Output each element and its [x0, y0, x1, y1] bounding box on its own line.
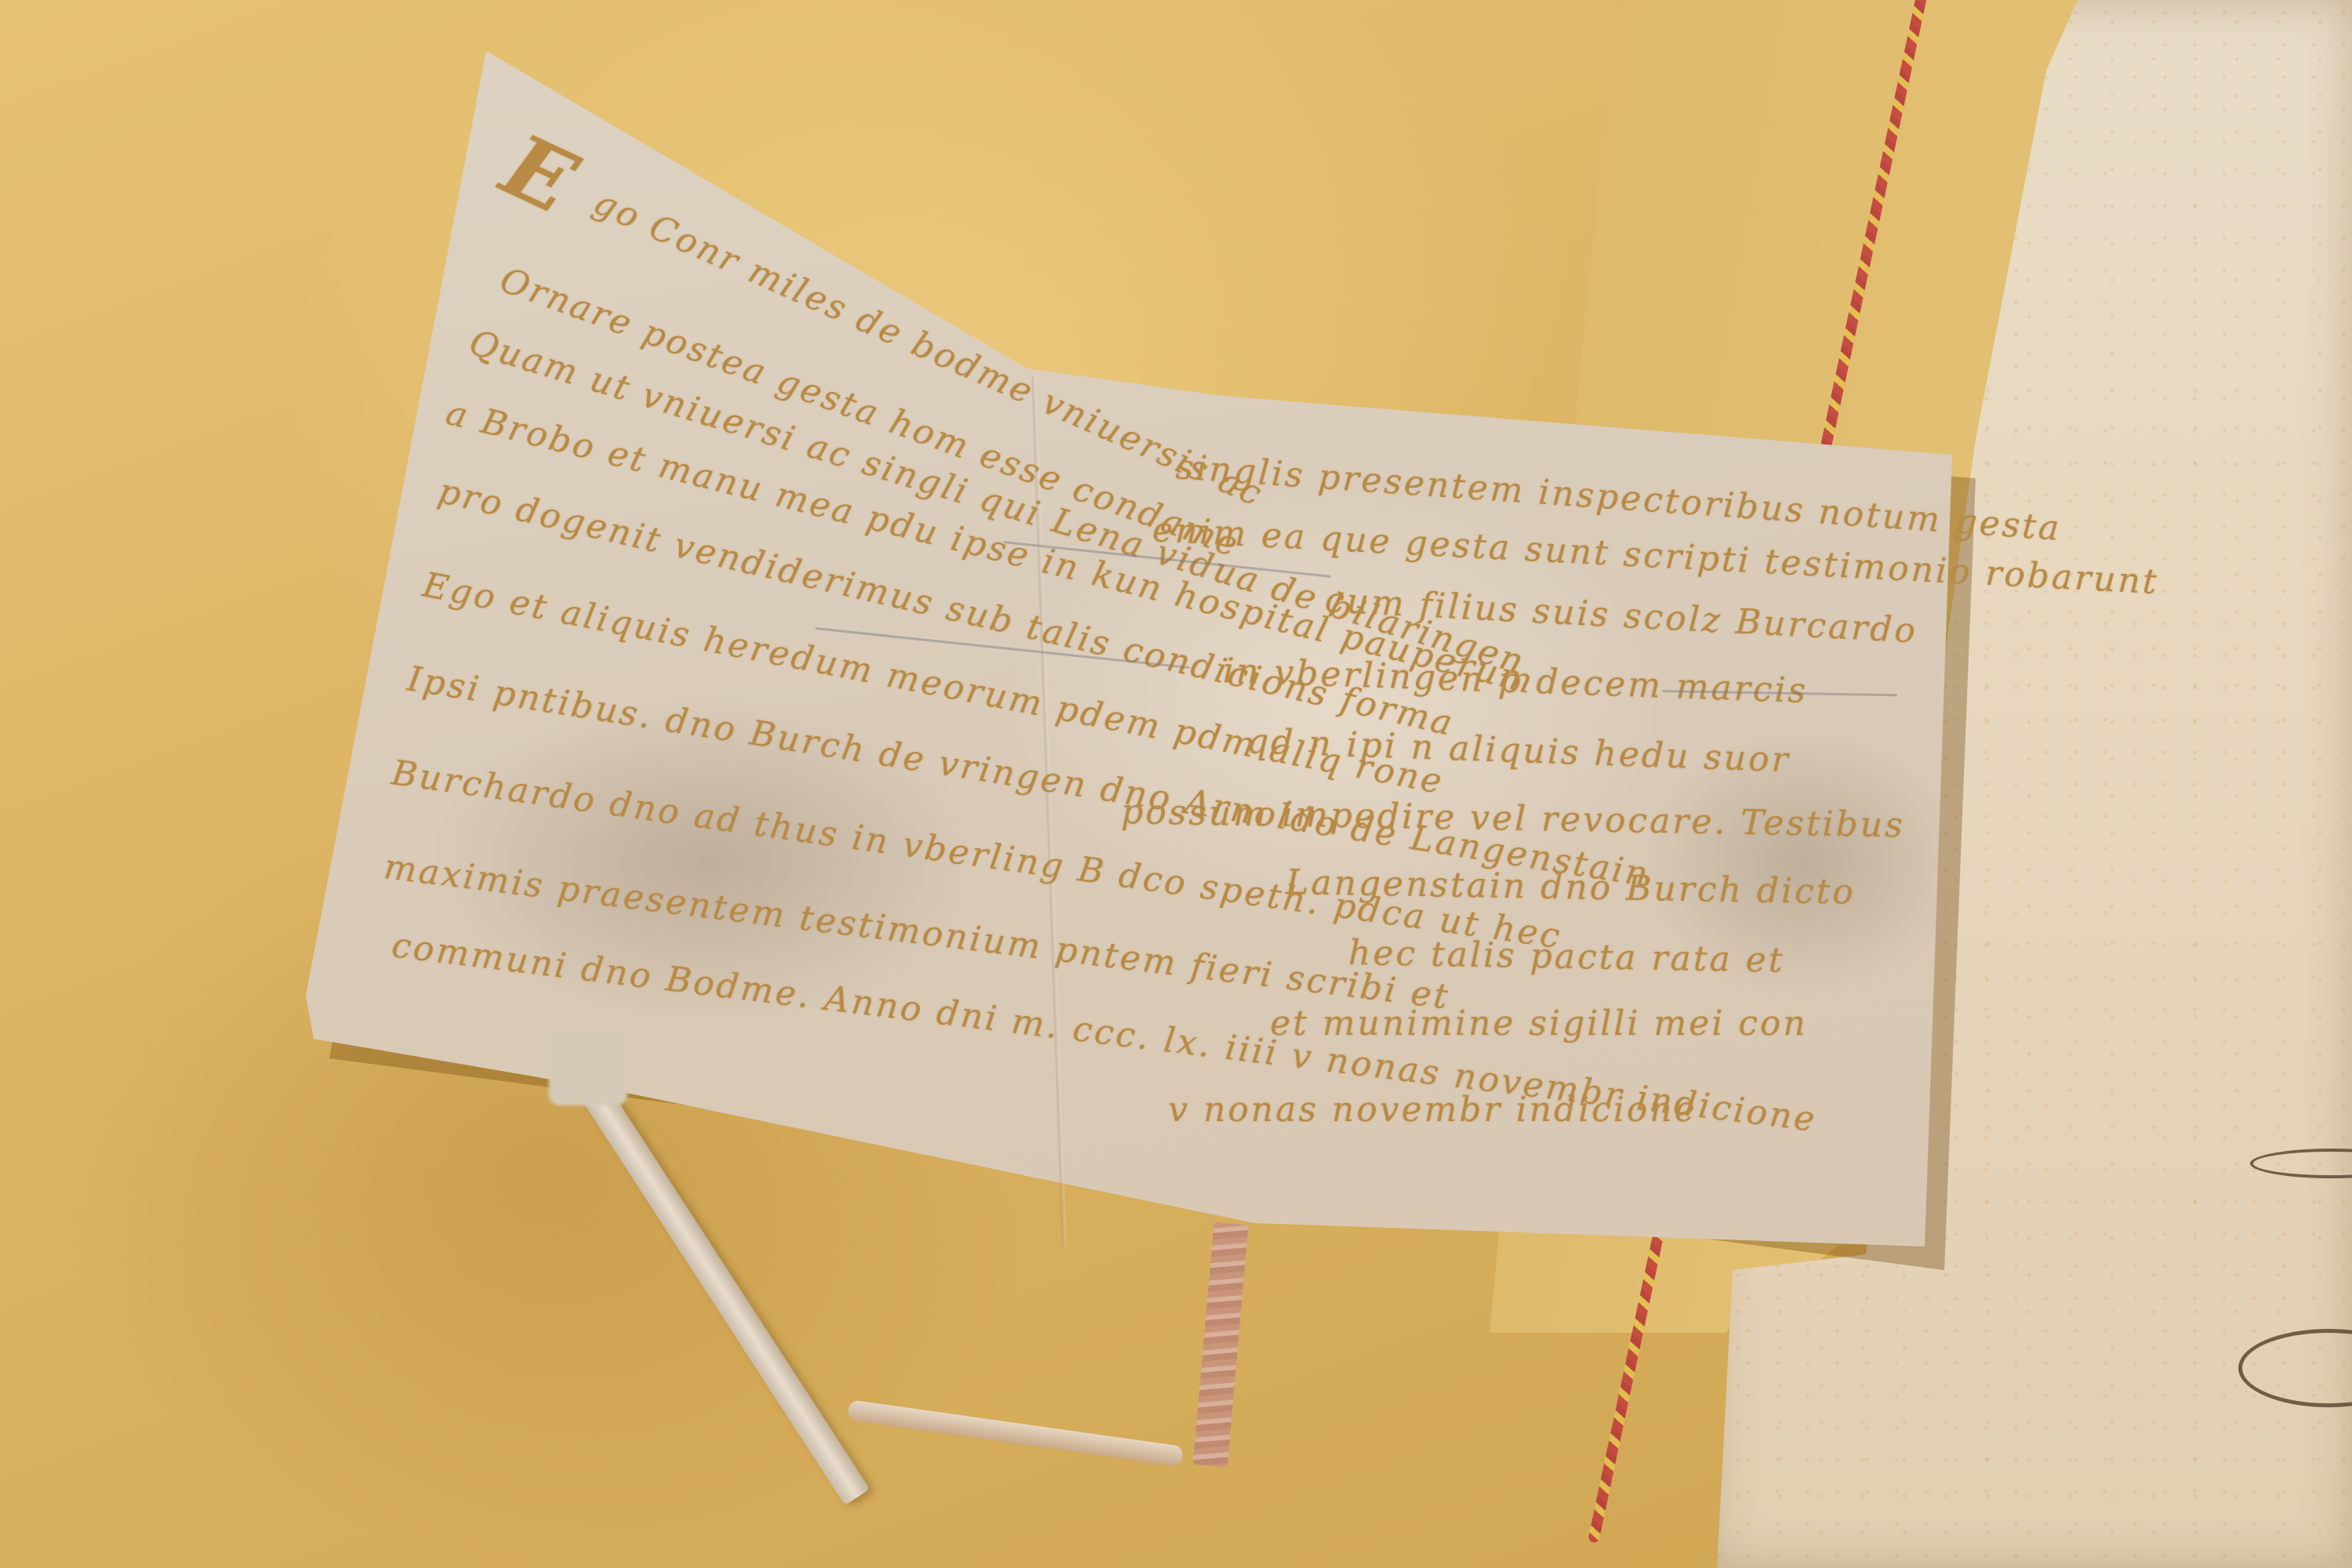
photo-scene: E go Conr miles de bodme vniuersis ac Or…: [0, 0, 2352, 1568]
seal-tag-fold: [549, 1027, 627, 1105]
